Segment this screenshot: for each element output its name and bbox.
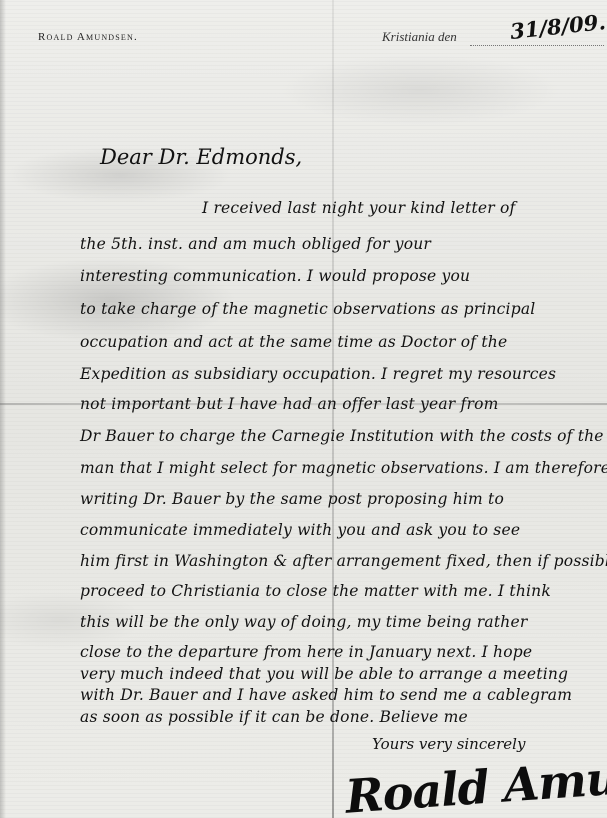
body-line: close to the departure from here in Janu… bbox=[80, 643, 532, 661]
body-line: not important but I have had an offer la… bbox=[80, 395, 499, 413]
closing: Yours very sincerely bbox=[372, 735, 525, 753]
body-line: to take charge of the magnetic observati… bbox=[80, 300, 535, 318]
letter-page: Roald Amundsen. Kristiania den 31/8/09. … bbox=[0, 0, 607, 818]
body-line: occupation and act at the same time as D… bbox=[80, 333, 507, 351]
body-line: as soon as possible if it can be done. B… bbox=[80, 708, 468, 726]
body-line: very much indeed that you will be able t… bbox=[80, 665, 568, 683]
body-line: communicate immediately with you and ask… bbox=[80, 521, 520, 539]
body-line: interesting communication. I would propo… bbox=[80, 267, 470, 285]
body-line: with Dr. Bauer and I have asked him to s… bbox=[80, 686, 572, 704]
body-line: man that I might select for magnetic obs… bbox=[80, 459, 607, 477]
body-line: I received last night your kind letter o… bbox=[202, 199, 516, 217]
body-line: him first in Washington & after arrangem… bbox=[80, 552, 607, 570]
body-line: Expedition as subsidiary occupation. I r… bbox=[80, 365, 556, 383]
body-line: the 5th. inst. and am much obliged for y… bbox=[80, 235, 431, 253]
body-line: Dr Bauer to charge the Carnegie Institut… bbox=[80, 427, 604, 445]
body-line: proceed to Christiania to close the matt… bbox=[80, 582, 551, 600]
body-line: writing Dr. Bauer by the same post propo… bbox=[80, 490, 504, 508]
body-line: this will be the only way of doing, my t… bbox=[80, 613, 527, 631]
letter-body: I received last night your kind letter o… bbox=[0, 0, 607, 818]
